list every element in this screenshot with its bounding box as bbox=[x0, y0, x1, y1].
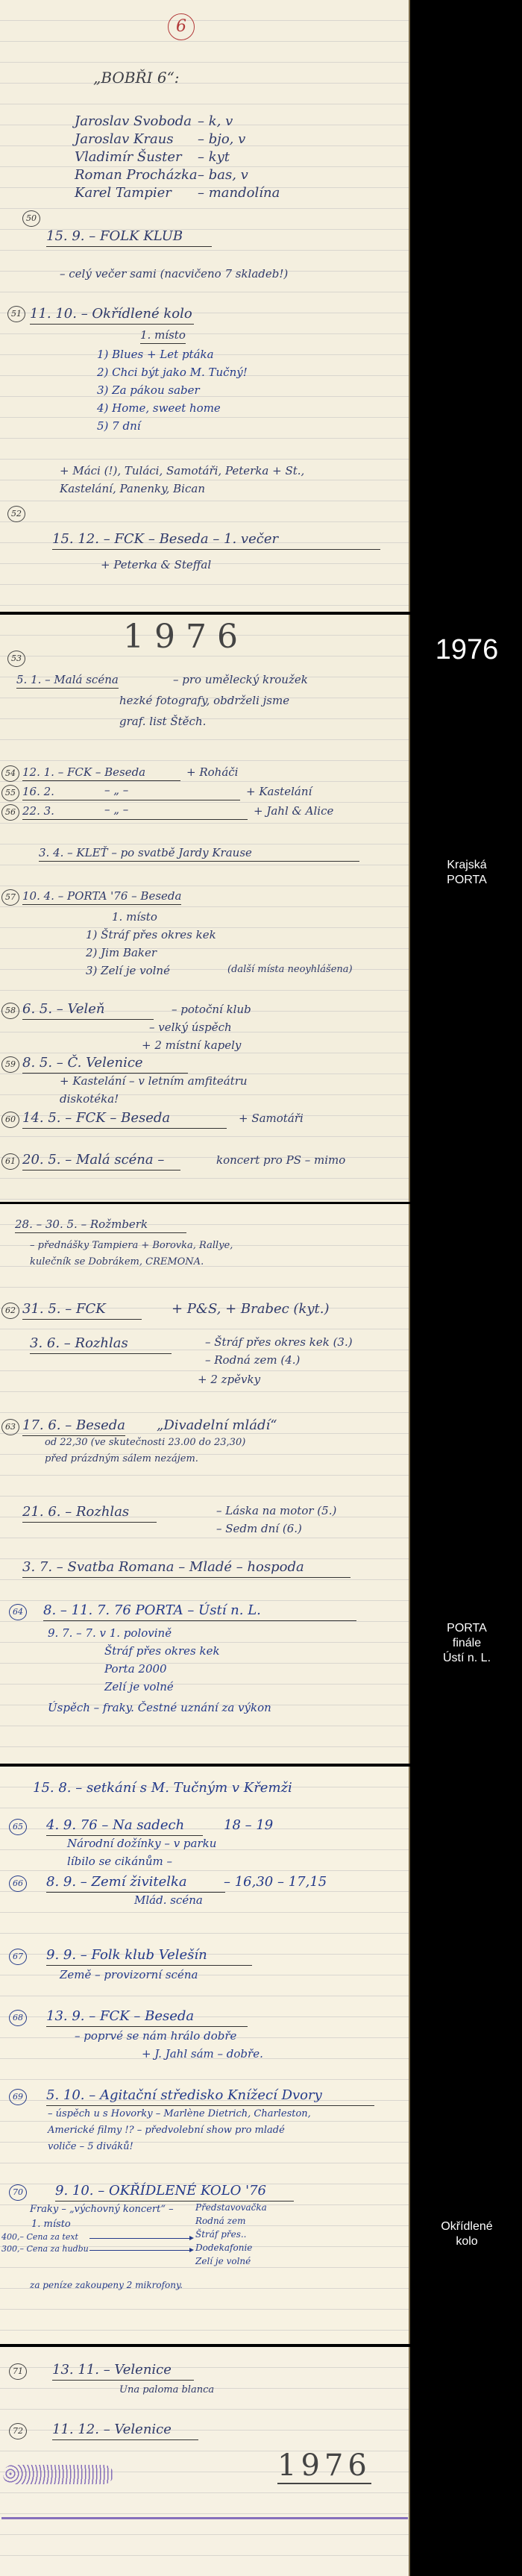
song-item: 3) Zelí je volné bbox=[86, 964, 170, 977]
entry-heading: 8. 5. – Č. Velenice bbox=[22, 1055, 188, 1074]
caption-sidebar: 1976 Krajská PORTA PORTA finále Ústí n. … bbox=[412, 0, 522, 2576]
entry-note: Úspěch – fraky. Čestné uznání za výkon bbox=[48, 1701, 271, 1714]
entry-heading: 4. 9. 76 – Na sadech bbox=[46, 1817, 203, 1836]
song-item: Dodekafonie bbox=[195, 2243, 252, 2253]
year-heading: 1976 bbox=[123, 618, 248, 656]
end-of-year-rule bbox=[1, 2517, 408, 2519]
entry-heading: 15. 12. – FCK – Beseda – 1. večer bbox=[52, 531, 380, 550]
entry-note: od 22,30 (ve skutečnosti 23.00 do 23,30) bbox=[45, 1437, 245, 1449]
entry-note: Americké filmy !? – předvolební show pro… bbox=[48, 2125, 285, 2137]
entry-text: – pro umělecký kroužek bbox=[173, 673, 308, 686]
entry-side-note: + Samotáři bbox=[239, 1112, 304, 1125]
notebook-page-2: 1976 53 5. 1. – Malá scéna – pro uměleck… bbox=[0, 615, 410, 1202]
song-item: 2) Chci být jako M. Tučný! bbox=[97, 366, 248, 379]
entry-number: 53 bbox=[7, 651, 25, 667]
entry-heading: 3. 6. – Rozhlas bbox=[30, 1335, 172, 1354]
member-role: – k, v bbox=[198, 113, 233, 130]
entry-note: – velký úspěch bbox=[149, 1021, 232, 1034]
member-role: – kyt bbox=[198, 149, 230, 166]
notebook-page-3: 28. – 30. 5. – Rožmberk – přednášky Tamp… bbox=[0, 1204, 410, 1764]
entry-intro: Fraky – „výchovný koncert“ – bbox=[30, 2204, 174, 2216]
sidebar-caption-porta-finale: PORTA finále Ústí n. L. bbox=[412, 1621, 522, 1666]
entry-heading: 11. 12. – Velenice bbox=[52, 2422, 198, 2440]
sidebar-caption-krajska-porta: Krajská PORTA bbox=[412, 858, 522, 888]
entry-number: 68 bbox=[9, 2010, 27, 2026]
entry-note: + Máci (!), Tuláci, Samotáři, Peterka + … bbox=[60, 464, 304, 477]
member-role: – bjo, v bbox=[198, 131, 245, 148]
entry-footnote: za peníze zakoupeny 2 mikrofony. bbox=[30, 2280, 183, 2290]
entry-side-note: + Roháči bbox=[186, 765, 238, 779]
notebook-page-1: 6 „BOBŘI 6“: Jaroslav Svoboda – k, v Jar… bbox=[0, 0, 410, 612]
entry-heading: 17. 6. – Beseda bbox=[22, 1417, 125, 1436]
song-item: Zelí je volné bbox=[195, 2256, 251, 2266]
entry-heading: 8. 9. – Zemí živitelka bbox=[46, 1874, 225, 1893]
entry-note: + Kastelání – v letním amfiteátru bbox=[60, 1074, 248, 1088]
entry-heading: 21. 6. – Rozhlas bbox=[22, 1504, 157, 1523]
page-number: 6 bbox=[168, 13, 195, 40]
arrow-connector bbox=[89, 2238, 192, 2239]
entry-heading: 9. 9. – Folk klub Velešín bbox=[46, 1947, 252, 1966]
placement: 1. místo bbox=[140, 328, 186, 344]
entry-number: 62 bbox=[1, 1303, 19, 1319]
sidebar-caption-year: 1976 bbox=[412, 633, 522, 668]
entry-note: + 2 místní kapely bbox=[142, 1038, 241, 1052]
entry-note: Štráf přes okres kek bbox=[104, 1644, 220, 1658]
band-title: „BOBŘI 6“: bbox=[93, 69, 180, 87]
entry-note: voliče – 5 diváků! bbox=[48, 2141, 133, 2153]
entry-number: 72 bbox=[9, 2423, 27, 2439]
entry-heading: 22. 3. bbox=[22, 804, 248, 820]
entry-heading: 10. 4. – PORTA '76 – Beseda bbox=[22, 889, 181, 905]
prize-item: 300,– Cena za hudbu bbox=[1, 2244, 89, 2254]
entry-number: 60 bbox=[1, 1112, 19, 1128]
member-name: Vladimír Šuster bbox=[75, 149, 182, 166]
entry-number: 64 bbox=[9, 1604, 27, 1620]
entry-number: 59 bbox=[1, 1056, 19, 1073]
entry-heading: 5. 1. – Malá scéna bbox=[16, 673, 119, 689]
song-item: 1) Blues + Let ptáka bbox=[97, 348, 214, 361]
song-item: – Sedm dní (6.) bbox=[216, 1522, 302, 1535]
entry-heading: 13. 11. – Velenice bbox=[52, 2362, 194, 2381]
entry-number: 71 bbox=[9, 2363, 27, 2380]
song-item: 2) Jim Baker bbox=[86, 946, 157, 959]
entry-note: – úspěch u s Hovorky – Marlène Dietrich,… bbox=[48, 2108, 311, 2120]
closing-year: 1976 bbox=[277, 2448, 371, 2484]
entry-note: graf. list Štěch. bbox=[119, 715, 206, 728]
entry-heading: 12. 1. – FCK – Beseda bbox=[22, 765, 180, 781]
song-item: 3) Za pákou saber bbox=[97, 383, 200, 397]
member-name: Roman Procházka bbox=[75, 167, 198, 184]
entry-text: „Divadelní mládí“ bbox=[157, 1417, 277, 1434]
entry-note: Una paloma blanca bbox=[119, 2384, 214, 2396]
entry-heading: 9. 10. – OKŘÍDLENÉ KOLO '76 bbox=[55, 2183, 294, 2201]
entry-time: 18 – 19 bbox=[224, 1817, 273, 1834]
member-role: – bas, v bbox=[198, 167, 248, 184]
entry-number: 61 bbox=[1, 1153, 19, 1170]
song-item: – Láska na motor (5.) bbox=[216, 1504, 336, 1517]
entry-number: 57 bbox=[1, 889, 19, 906]
ditto-mark: – „ – bbox=[104, 783, 128, 797]
member-name: Jaroslav Svoboda bbox=[75, 113, 192, 130]
entry-number: 54 bbox=[1, 765, 19, 782]
song-item: + 2 zpěvky bbox=[198, 1373, 260, 1386]
entry-number: 63 bbox=[1, 1419, 19, 1435]
entry-number: 56 bbox=[1, 804, 19, 821]
entry-note: 9. 7. – 7. v 1. polovině bbox=[48, 1626, 172, 1640]
entry-number: 70 bbox=[9, 2184, 27, 2201]
entry-heading: 8. – 11. 7. 76 PORTA – Ústí n. L. bbox=[43, 1602, 356, 1621]
entry-side-note: (další místa neoyhlášena) bbox=[227, 964, 353, 976]
entry-note: Země – provizorní scéna bbox=[60, 1968, 198, 1981]
entry-heading: 13. 9. – FCK – Beseda bbox=[46, 2008, 248, 2027]
notebook-page-5: 71 13. 11. – Velenice Una paloma blanca … bbox=[0, 2347, 410, 2576]
entry-note: hezké fotografy, obdrželi jsme bbox=[119, 694, 289, 707]
song-item: 5) 7 dní bbox=[97, 419, 141, 433]
sidebar-caption-okridlene-kolo: Okřídlené kolo bbox=[412, 2219, 522, 2249]
entry-heading: 6. 5. – Veleň bbox=[22, 1001, 154, 1020]
entry-heading: 20. 5. – Malá scéna – bbox=[22, 1152, 180, 1171]
entry-note: + J. Jahl sám – dobře. bbox=[142, 2047, 263, 2061]
entry-note: líbilo se cikánům – bbox=[67, 1855, 172, 1868]
scribbled-out-text bbox=[3, 2465, 113, 2484]
ditto-mark: – „ – bbox=[104, 803, 128, 816]
entry-number: 58 bbox=[1, 1003, 19, 1019]
song-item: Představovačka bbox=[195, 2202, 267, 2213]
entry-heading: 28. – 30. 5. – Rožmberk bbox=[15, 1218, 186, 1233]
song-item: Rodná zem bbox=[195, 2216, 245, 2226]
entry-heading: 15. 8. – setkání s M. Tučným v Křemži bbox=[33, 1780, 292, 1796]
member-name: Jaroslav Kraus bbox=[75, 131, 174, 148]
arrow-connector bbox=[89, 2250, 192, 2251]
member-name: Karel Tampier bbox=[75, 185, 172, 201]
entry-number: 52 bbox=[7, 506, 25, 522]
entry-note: + Peterka & Steffal bbox=[101, 558, 211, 571]
notebook-page-4: 15. 8. – setkání s M. Tučným v Křemži 65… bbox=[0, 1767, 410, 2344]
entry-number: 69 bbox=[9, 2089, 27, 2105]
song-item: – Rodná zem (4.) bbox=[205, 1353, 300, 1367]
entry-text: – potoční klub bbox=[172, 1003, 251, 1016]
entry-side-note: + Kastelání bbox=[246, 785, 312, 798]
entry-heading: 15. 9. – FOLK KLUB bbox=[46, 228, 212, 247]
entry-number: 51 bbox=[7, 306, 25, 322]
entry-heading: 5. 10. – Agitační středisko Knížecí Dvor… bbox=[46, 2087, 374, 2106]
song-item: – Štráf přes okres kek (3.) bbox=[205, 1335, 353, 1349]
entry-side-note: + Jahl & Alice bbox=[254, 804, 333, 818]
entry-note: před prázdným sálem nezájem. bbox=[45, 1453, 198, 1465]
entry-heading: 3. 4. – KLEŤ – po svatbě Jardy Krause bbox=[39, 846, 359, 862]
entry-number: 50 bbox=[22, 210, 40, 227]
entry-heading: 11. 10. – Okřídlené kolo bbox=[30, 306, 194, 325]
entry-time: – 16,30 – 17,15 bbox=[224, 1874, 327, 1890]
song-item: Štráf přes.. bbox=[195, 2229, 247, 2240]
entry-note: Porta 2000 bbox=[104, 1662, 167, 1676]
entry-note: kulečník se Dobrákem, CREMONA. bbox=[30, 1256, 204, 1268]
placement: 1. místo bbox=[31, 2219, 71, 2231]
song-item: 4) Home, sweet home bbox=[97, 401, 221, 415]
entry-note: Kastelání, Panenky, Bican bbox=[60, 482, 205, 495]
entry-number: 55 bbox=[1, 785, 19, 801]
entry-note: Zelí je volné bbox=[104, 1680, 174, 1693]
entry-heading: 14. 5. – FCK – Beseda bbox=[22, 1110, 227, 1129]
entry-heading: 16. 2. bbox=[22, 785, 240, 800]
entry-number: 65 bbox=[9, 1819, 27, 1835]
entry-heading: 3. 7. – Svatba Romana – Mladé – hospoda bbox=[22, 1559, 350, 1578]
entry-number: 66 bbox=[9, 1875, 27, 1892]
entry-text: koncert pro PS – mimo bbox=[216, 1153, 345, 1167]
entry-side-note: + P&S, + Brabec (kyt.) bbox=[172, 1301, 330, 1317]
entry-note: – poprvé se nám hrálo dobře bbox=[75, 2029, 236, 2043]
entry-note: – přednášky Tampiera + Borovka, Rallye, bbox=[30, 1240, 233, 1252]
entry-note: – celý večer sami (nacvičeno 7 skladeb!) bbox=[60, 267, 288, 281]
entry-number: 67 bbox=[9, 1949, 27, 1965]
member-role: – mandolína bbox=[198, 185, 280, 201]
entry-note: diskotéka! bbox=[60, 1092, 119, 1106]
entry-note: Mlád. scéna bbox=[134, 1893, 203, 1907]
entry-note: Národní dožínky – v parku bbox=[67, 1837, 216, 1850]
song-item: 1) Štráf přes okres kek bbox=[86, 928, 216, 941]
entry-heading: 31. 5. – FCK bbox=[22, 1301, 142, 1320]
placement: 1. místo bbox=[112, 910, 157, 924]
prize-item: 400,– Cena za text bbox=[1, 2232, 78, 2242]
